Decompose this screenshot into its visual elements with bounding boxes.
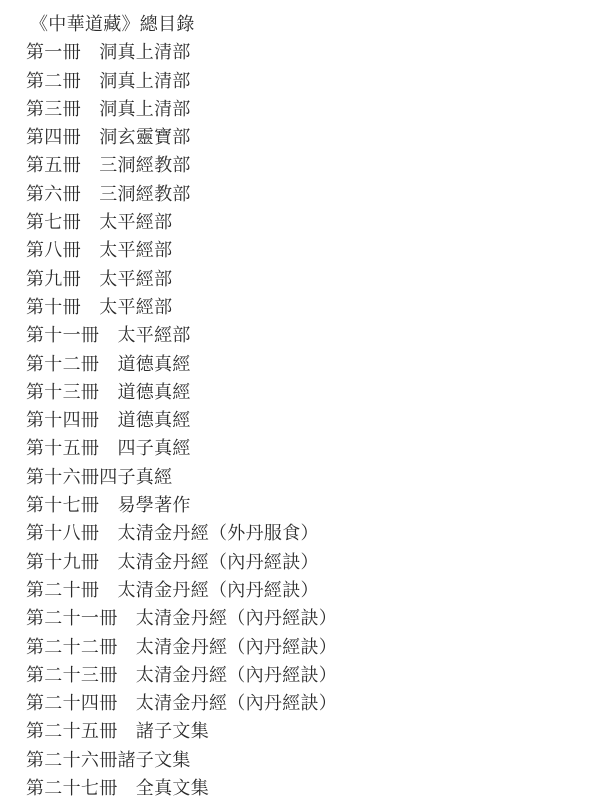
volume-entry-26: 第二十六冊諸子文集: [26, 747, 600, 775]
volume-entry-13: 第十三冊 道德真經: [26, 379, 600, 407]
document-title: 《中華道藏》總目錄: [30, 11, 600, 39]
volume-entry-14: 第十四冊 道德真經: [26, 407, 600, 435]
volume-entry-22: 第二十二冊 太清金丹經（內丹經訣）: [26, 634, 600, 662]
volume-entry-25: 第二十五冊 諸子文集: [26, 718, 600, 746]
volume-entry-5: 第五冊 三洞經教部: [26, 152, 600, 180]
volume-entry-7: 第七冊 太平經部: [26, 209, 600, 237]
volume-entry-20: 第二十冊 太清金丹經（內丹經訣）: [26, 577, 600, 605]
volume-entry-23: 第二十三冊 太清金丹經（內丹經訣）: [26, 662, 600, 690]
volume-entry-12: 第十二冊 道德真經: [26, 351, 600, 379]
volume-entry-27: 第二十七冊 全真文集: [26, 775, 600, 800]
volume-entry-2: 第二冊 洞真上清部: [26, 68, 600, 96]
volume-entry-18: 第十八冊 太清金丹經（外丹服食）: [26, 520, 600, 548]
volume-entry-6: 第六冊 三洞經教部: [26, 181, 600, 209]
volume-entry-3: 第三冊 洞真上清部: [26, 96, 600, 124]
volume-entry-9: 第九冊 太平經部: [26, 266, 600, 294]
volume-entry-10: 第十冊 太平經部: [26, 294, 600, 322]
volume-list: 第一冊 洞真上清部 第二冊 洞真上清部 第三冊 洞真上清部 第四冊 洞玄靈寶部 …: [0, 39, 600, 800]
volume-entry-19: 第十九冊 太清金丹經（內丹經訣）: [26, 549, 600, 577]
volume-entry-4: 第四冊 洞玄靈寶部: [26, 124, 600, 152]
volume-entry-15: 第十五冊 四子真經: [26, 435, 600, 463]
volume-entry-24: 第二十四冊 太清金丹經（內丹經訣）: [26, 690, 600, 718]
document-page: 《中華道藏》總目錄 第一冊 洞真上清部 第二冊 洞真上清部 第三冊 洞真上清部 …: [0, 11, 600, 800]
volume-entry-1: 第一冊 洞真上清部: [26, 39, 600, 67]
volume-entry-11: 第十一冊 太平經部: [26, 322, 600, 350]
volume-entry-8: 第八冊 太平經部: [26, 237, 600, 265]
volume-entry-16: 第十六冊四子真經: [26, 464, 600, 492]
volume-entry-17: 第十七冊 易學著作: [26, 492, 600, 520]
volume-entry-21: 第二十一冊 太清金丹經（內丹經訣）: [26, 605, 600, 633]
